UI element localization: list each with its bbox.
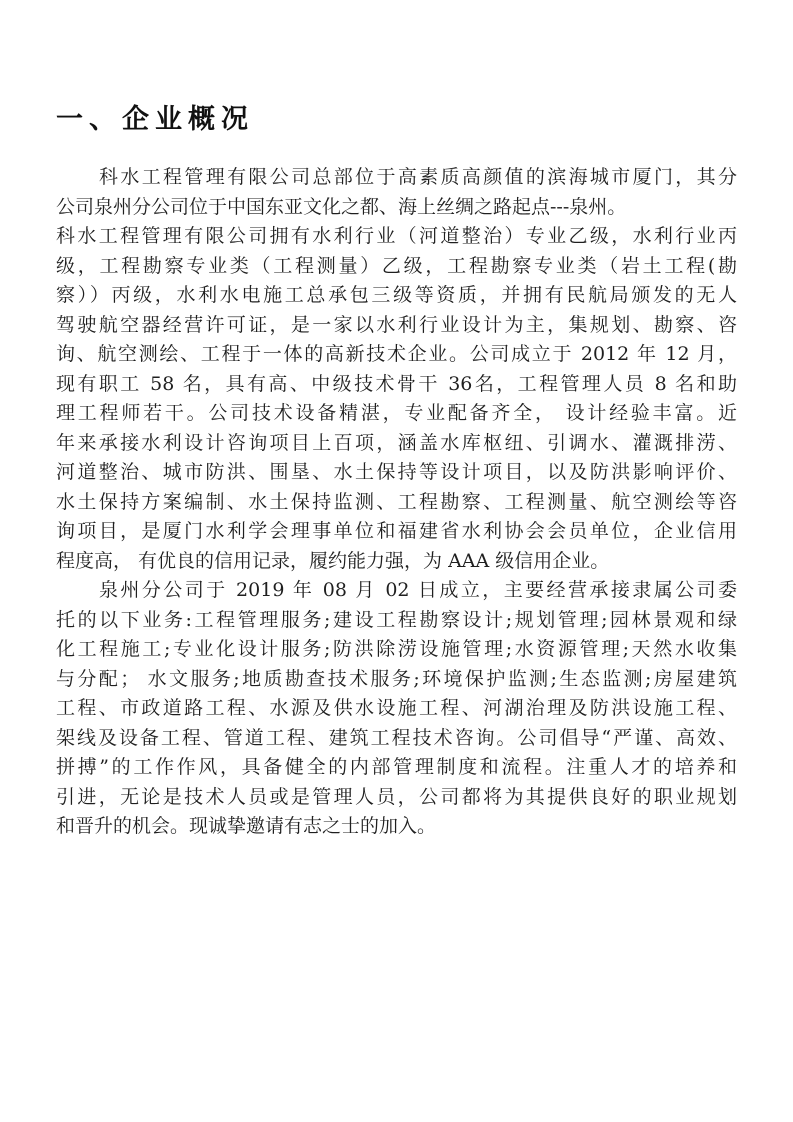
document-page: 一、企业概况 科水工程管理有限公司总部位于高素质高颜值的滨海城市厦门，其分公司泉… <box>0 0 793 1122</box>
document-body: 科水工程管理有限公司总部位于高素质高颜值的滨海城市厦门，其分公司泉州分公司位于中… <box>56 163 737 842</box>
text-line: 理工程师若干。公司技术设备精湛，专业配备齐全， 设计经验丰富。近 <box>56 399 737 429</box>
text-line: 级，工程勘察专业类（工程测量）乙级，工程勘察专业类（岩土工程(勘 <box>56 252 737 282</box>
text-line: 泉州分公司于 2019 年 08 月 02 日成立，主要经营承接隶属公司委 <box>56 576 737 606</box>
text-line: 与分配； 水文服务;地质勘查技术服务;环境保护监测;生态监测;房屋建筑 <box>56 665 737 695</box>
text-line: 拼搏”的工作作风，具备健全的内部管理制度和流程。注重人才的培养和 <box>56 753 737 783</box>
text-line: 驾驶航空器经营许可证，是一家以水利行业设计为主，集规划、勘察、咨 <box>56 311 737 341</box>
text-line: 科水工程管理有限公司总部位于高素质高颜值的滨海城市厦门，其分 <box>56 163 737 193</box>
paragraph: 泉州分公司于 2019 年 08 月 02 日成立，主要经营承接隶属公司委托的以… <box>56 576 737 842</box>
text-line: 年来承接水利设计咨询项目上百项，涵盖水库枢纽、引调水、灌溉排涝、 <box>56 429 737 459</box>
text-line: 程度高， 有优良的信用记录，履约能力强，为 AAA 级信用企业。 <box>56 547 737 577</box>
text-line: 询、航空测绘、工程于一体的高新技术企业。公司成立于 2012 年 12 月， <box>56 340 737 370</box>
text-line: 化工程施工;专业化设计服务;防洪除涝设施管理;水资源管理;天然水收集 <box>56 635 737 665</box>
text-line: 架线及设备工程、管道工程、建筑工程技术咨询。公司倡导“严谨、高效、 <box>56 724 737 754</box>
text-line: 引进，无论是技术人员或是管理人员，公司都将为其提供良好的职业规划 <box>56 783 737 813</box>
text-line: 水土保持方案编制、水土保持监测、工程勘察、工程测量、航空测绘等咨 <box>56 488 737 518</box>
paragraph: 科水工程管理有限公司总部位于高素质高颜值的滨海城市厦门，其分公司泉州分公司位于中… <box>56 163 737 222</box>
paragraph: 科水工程管理有限公司拥有水利行业（河道整治）专业乙级，水利行业丙级，工程勘察专业… <box>56 222 737 576</box>
text-line: 托的以下业务:工程管理服务;建设工程勘察设计;规划管理;园林景观和绿 <box>56 606 737 636</box>
text-line: 科水工程管理有限公司拥有水利行业（河道整治）专业乙级，水利行业丙 <box>56 222 737 252</box>
text-line: 工程、市政道路工程、水源及供水设施工程、河湖治理及防洪设施工程、 <box>56 694 737 724</box>
text-line: 河道整治、城市防洪、围垦、水土保持等设计项目，以及防洪影响评价、 <box>56 458 737 488</box>
text-line: 和晋升的机会。现诚挚邀请有志之士的加入。 <box>56 812 737 842</box>
text-line: 公司泉州分公司位于中国东亚文化之都、海上丝绸之路起点---泉州。 <box>56 193 737 223</box>
text-line: 现有职工 58 名，具有高、中级技术骨干 36名，工程管理人员 8 名和助 <box>56 370 737 400</box>
text-line: 询项目，是厦门水利学会理事单位和福建省水利协会会员单位，企业信用 <box>56 517 737 547</box>
section-heading: 一、企业概况 <box>56 101 737 139</box>
text-line: 察））丙级，水利水电施工总承包三级等资质，并拥有民航局颁发的无人 <box>56 281 737 311</box>
